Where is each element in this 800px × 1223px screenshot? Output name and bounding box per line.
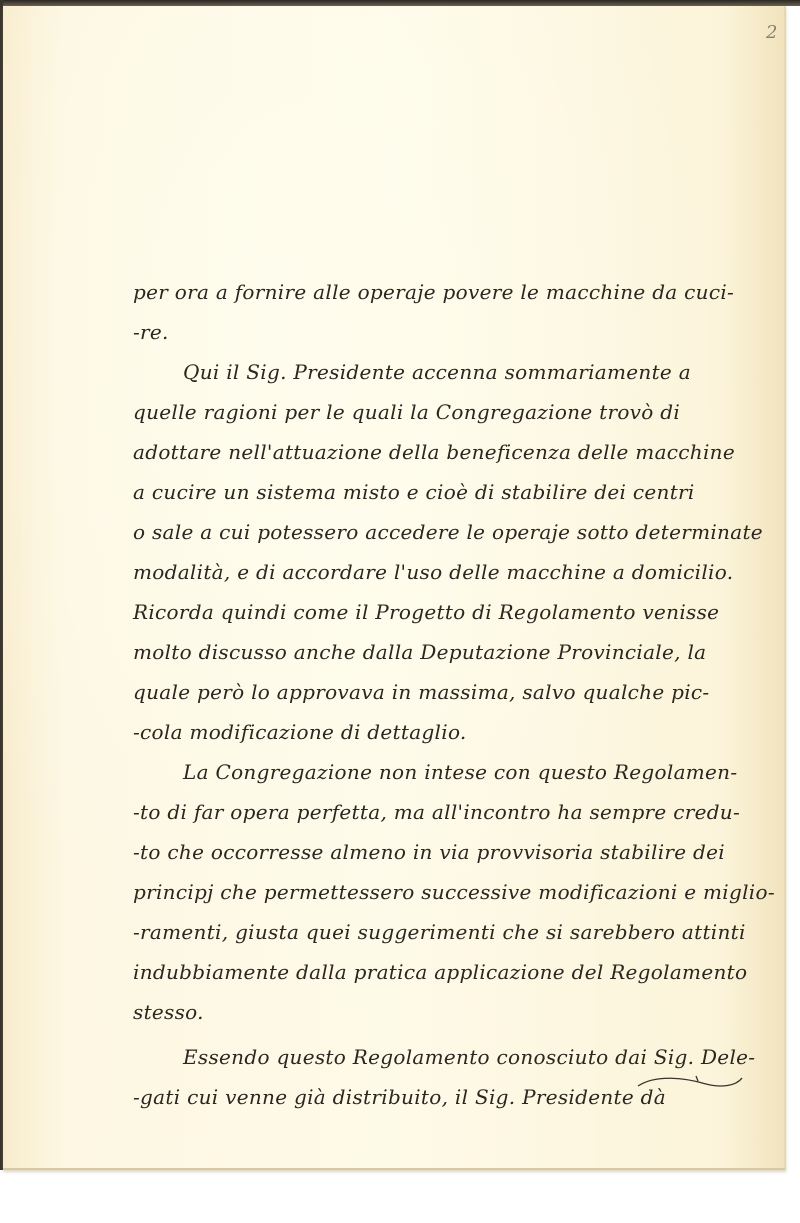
text-line: indubbiamente dalla pratica applicazione… bbox=[133, 958, 747, 986]
text-line: -re. bbox=[133, 318, 169, 346]
paper-sheet: 2 bbox=[3, 6, 786, 1170]
text-line: modalità, e di accordare l'uso delle mac… bbox=[133, 558, 733, 586]
page-number: 2 bbox=[766, 22, 777, 43]
text-line: adottare nell'attuazione della beneficen… bbox=[133, 438, 735, 466]
text-line: per ora a fornire alle operaje povere le… bbox=[133, 278, 734, 306]
text-line: -cola modificazione di dettaglio. bbox=[133, 718, 467, 746]
text-line: -to che occorresse almeno in via provvis… bbox=[133, 838, 725, 866]
text-line: stesso. bbox=[133, 998, 204, 1026]
text-line: La Congregazione non intese con questo R… bbox=[133, 758, 737, 786]
text-line: Essendo questo Regolamento conosciuto da… bbox=[133, 1043, 755, 1071]
text-line: quale però lo approvava in massima, salv… bbox=[133, 678, 710, 706]
text-line: o sale a cui potessero accedere le opera… bbox=[133, 518, 763, 546]
text-line: -to di far opera perfetta, ma all'incont… bbox=[133, 798, 740, 826]
text-line: a cucire un sistema misto e cioè di stab… bbox=[133, 478, 695, 506]
closing-flourish-icon bbox=[636, 1068, 746, 1098]
text-line: principj che permettessero successive mo… bbox=[133, 878, 775, 906]
text-line: -ramenti, giusta quei suggerimenti che s… bbox=[133, 918, 746, 946]
scanned-manuscript-page: 2 per ora a fornire alle operaje povere … bbox=[0, 0, 800, 1223]
text-line: molto discusso anche dalla Deputazione P… bbox=[133, 638, 706, 666]
text-line: -gati cui venne già distribuito, il Sig.… bbox=[133, 1083, 666, 1111]
text-line: Qui il Sig. Presidente accenna sommariam… bbox=[133, 358, 691, 386]
text-line: quelle ragioni per le quali la Congregaz… bbox=[133, 398, 680, 426]
text-line: Ricorda quindi come il Progetto di Regol… bbox=[133, 598, 719, 626]
